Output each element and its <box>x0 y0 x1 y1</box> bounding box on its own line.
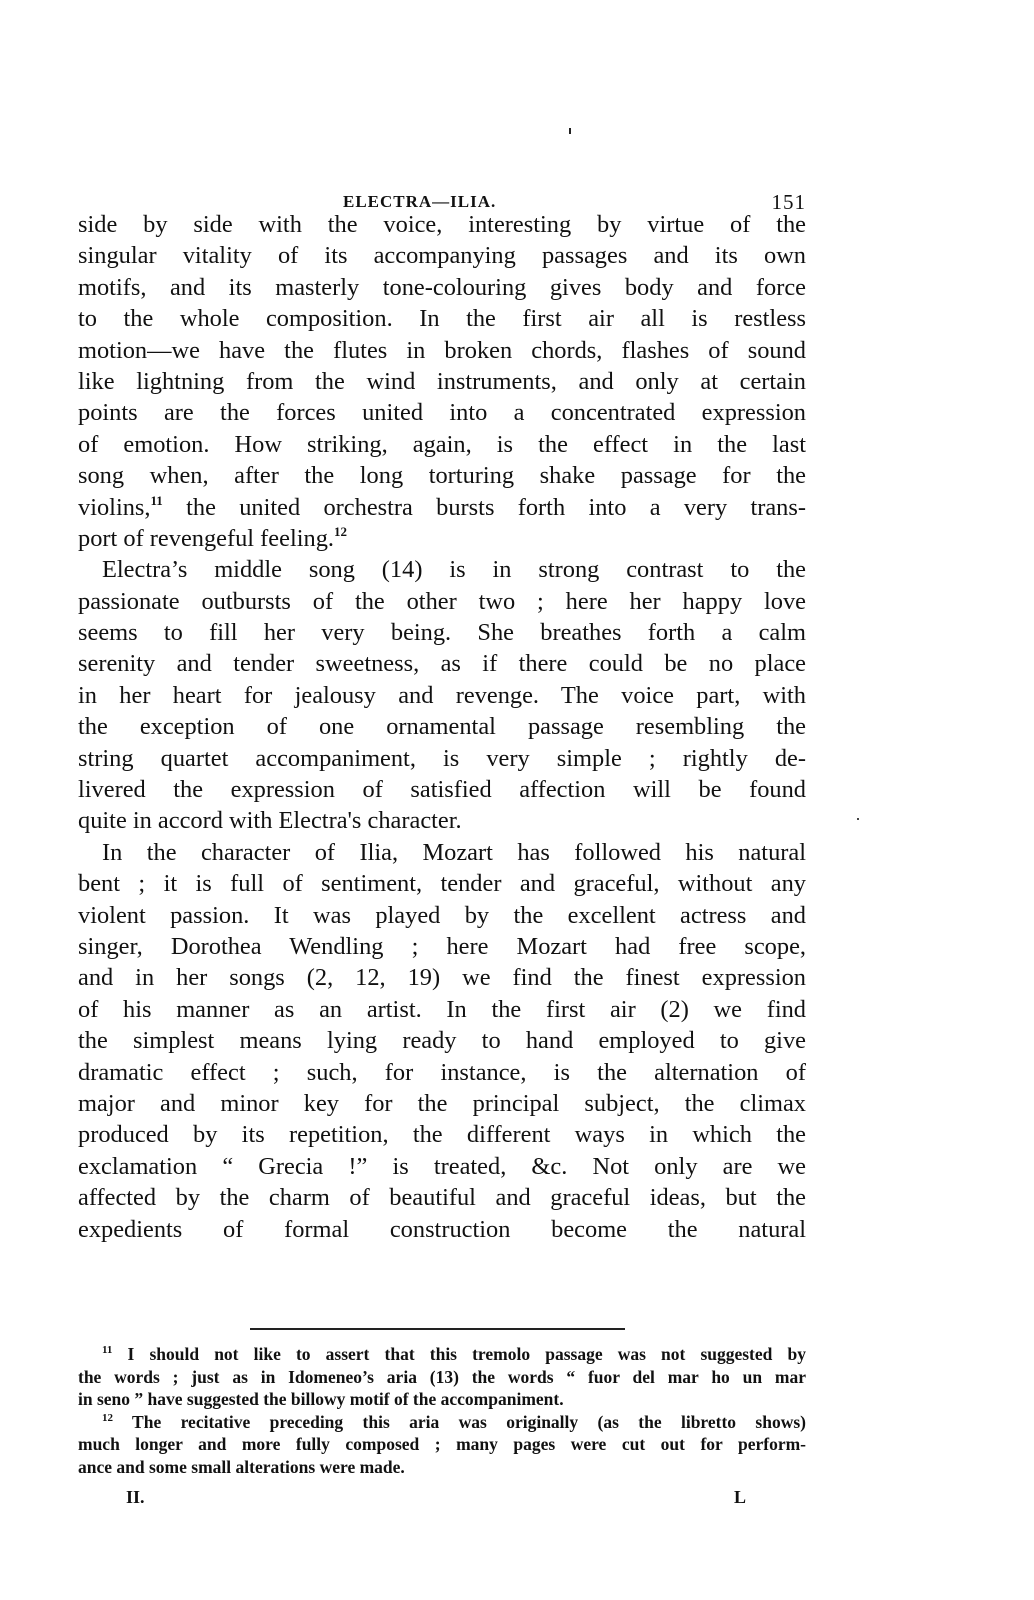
footnote-line: in seno ” have suggested the billowy mot… <box>78 1388 806 1411</box>
footnote-ref-11[interactable]: 11 <box>151 493 163 508</box>
sheet-letter: L <box>734 1487 746 1508</box>
text-line: violins,11 the united orchestra bursts f… <box>78 492 806 523</box>
printing-speck <box>857 818 859 820</box>
paragraph: side by side with the voice, interesting… <box>78 209 806 554</box>
text-line: motifs, and its masterly tone-colouring … <box>78 272 806 303</box>
text-fragment: port of revengeful feeling. <box>78 525 334 552</box>
footnote-line: much longer and more fully composed ; ma… <box>78 1433 806 1456</box>
footnote-line: the words ; just as in Idomeneo’s aria (… <box>78 1366 806 1389</box>
text-line: passionate outbursts of the other two ; … <box>78 586 806 617</box>
text-line: expedients of formal construction become… <box>78 1214 806 1245</box>
text-fragment: The recitative preceding this aria was o… <box>113 1412 806 1432</box>
text-line: violent passion. It was played by the ex… <box>78 900 806 931</box>
text-line: serenity and tender sweetness, as if the… <box>78 648 806 679</box>
text-line: side by side with the voice, interesting… <box>78 209 806 240</box>
footnote-divider <box>250 1328 625 1330</box>
text-line: In the character of Ilia, Mozart has fol… <box>78 837 806 868</box>
text-line: bent ; it is full of sentiment, tender a… <box>78 868 806 899</box>
text-line: port of revengeful feeling.12 <box>78 523 806 554</box>
body-text: side by side with the voice, interesting… <box>78 209 806 1245</box>
text-line: exclamation “ Grecia !” is treated, &c. … <box>78 1151 806 1182</box>
paragraph: Electra’s middle song (14) is in strong … <box>78 554 806 837</box>
text-fragment: violins, <box>78 494 151 521</box>
printing-speck <box>569 128 571 134</box>
footnote-11: 11 I should not like to assert that this… <box>78 1343 806 1411</box>
text-line: singular vitality of its accompanying pa… <box>78 240 806 271</box>
text-line: of emotion. How striking, again, is the … <box>78 429 806 460</box>
text-line: the simplest means lying ready to hand e… <box>78 1025 806 1056</box>
text-line: and in her songs (2, 12, 19) we find the… <box>78 962 806 993</box>
text-line: produced by its repetition, the differen… <box>78 1119 806 1150</box>
footnote-line: 11 I should not like to assert that this… <box>78 1343 806 1366</box>
text-line: to the whole composition. In the first a… <box>78 303 806 334</box>
book-page: ELECTRA—ILIA. 151 side by side with the … <box>0 0 1034 1600</box>
text-line: quite in accord with Electra's character… <box>78 805 806 836</box>
footnote-marker: 11 <box>102 1344 112 1356</box>
text-line: seems to fill her very being. She breath… <box>78 617 806 648</box>
text-line: like lightning from the wind instruments… <box>78 366 806 397</box>
footnote-ref-12[interactable]: 12 <box>334 524 347 539</box>
text-line: of his manner as an artist. In the first… <box>78 994 806 1025</box>
text-fragment: the united orchestra bursts forth into a… <box>163 494 806 521</box>
paragraph: In the character of Ilia, Mozart has fol… <box>78 837 806 1245</box>
footnote-line: ance and some small alterations were mad… <box>78 1456 806 1479</box>
footnotes: 11 I should not like to assert that this… <box>78 1343 806 1478</box>
footnote-marker: 12 <box>102 1412 113 1424</box>
text-line: livered the expression of satisfied affe… <box>78 774 806 805</box>
text-line: Electra’s middle song (14) is in strong … <box>78 554 806 585</box>
text-line: in her heart for jealousy and revenge. T… <box>78 680 806 711</box>
text-fragment: I should not like to assert that this tr… <box>112 1344 806 1364</box>
text-line: major and minor key for the principal su… <box>78 1088 806 1119</box>
text-line: song when, after the long torturing shak… <box>78 460 806 491</box>
footnote-12: 12 The recitative preceding this aria wa… <box>78 1411 806 1479</box>
text-line: motion—we have the flutes in broken chor… <box>78 335 806 366</box>
text-line: points are the forces united into a conc… <box>78 397 806 428</box>
text-line: dramatic effect ; such, for instance, is… <box>78 1057 806 1088</box>
text-line: string quartet accompaniment, is very si… <box>78 743 806 774</box>
page-footer: II. L <box>78 1487 806 1511</box>
text-line: the exception of one ornamental passage … <box>78 711 806 742</box>
text-line: affected by the charm of beautiful and g… <box>78 1182 806 1213</box>
footnote-line: 12 The recitative preceding this aria wa… <box>78 1411 806 1434</box>
text-line: singer, Dorothea Wendling ; here Mozart … <box>78 931 806 962</box>
volume-signature: II. <box>126 1487 145 1508</box>
